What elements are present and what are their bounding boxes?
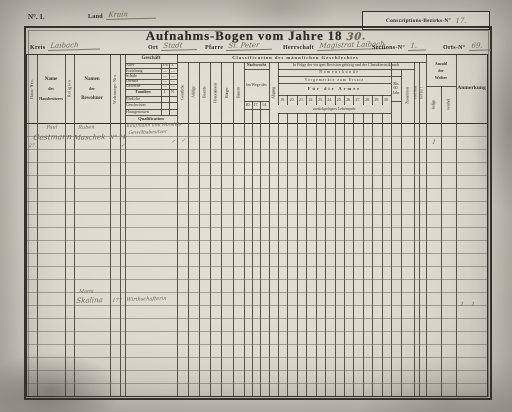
age-column-label: 26. [344, 95, 353, 105]
field-value: 69. [469, 41, 492, 51]
weiber-ledige-column: ledige [426, 86, 441, 123]
nachwuchs-age: 14. [260, 101, 269, 109]
field-herrschaft: Herrschaft Magistrat Laibach [283, 42, 386, 51]
field-kreis: Kreis Laibach [30, 42, 100, 51]
age-column-label: 21. [297, 95, 306, 105]
column-header-religion: Religion [65, 55, 74, 123]
field-value: St. Peter [226, 41, 273, 51]
grid-line [426, 123, 427, 396]
field-label: Herrschaft [283, 45, 314, 51]
grid-line [344, 123, 345, 396]
entry-occupation: Wirthschafterin [126, 295, 178, 306]
grid-line [382, 123, 383, 396]
nachwuchs-age: 17. [252, 101, 260, 109]
revision-line4: Für die Armee [278, 83, 391, 95]
field-section: Sections-N° 1. [372, 42, 426, 51]
category-column: Geistliche [177, 62, 188, 123]
grid-line [456, 123, 457, 396]
grid-line [27, 253, 487, 254]
nachwuchs-age: 20. [244, 101, 252, 109]
grid-line [316, 123, 317, 396]
bewohner-l2: der [89, 87, 95, 91]
age-column-label: 27. [353, 95, 362, 105]
column-header-house-number: Haus-Nro. [27, 55, 37, 123]
sheet-number: N°. 1. [28, 13, 45, 21]
familien-c1: J. [161, 89, 169, 96]
field-label: Sections-N° [372, 45, 405, 51]
column-header-inhabitants: Namen der Bewohner [74, 61, 110, 117]
field-pfarre: Pfarre St. Peter [205, 42, 272, 51]
bewohner-l1: Namen [84, 77, 99, 82]
category-column: Honoratioren [210, 62, 221, 123]
entry-count: 1 [426, 138, 442, 148]
field-ortsnr: Orts-N° 69. [443, 42, 491, 51]
grid-line [27, 149, 487, 150]
grid-line [199, 123, 200, 396]
familien-c2: N. [169, 89, 177, 96]
grid-line [125, 123, 126, 396]
field-value: Laibach [48, 41, 101, 51]
scanned-census-sheet: N°. 1. Land Krain Conscriptions-Bezirks-… [0, 0, 512, 412]
owner-l1: Name [45, 77, 58, 82]
grid-line [120, 123, 121, 396]
grid-line [27, 318, 487, 319]
grid-line [244, 123, 245, 396]
category-column: Bürger [221, 62, 233, 123]
bis60-column: Bis 60. Jahr [391, 76, 401, 101]
entry-category-tick: ✓ [178, 137, 189, 146]
grid-line [27, 279, 487, 280]
grid-line [221, 123, 222, 396]
field-value: 1. [408, 41, 427, 51]
category-column: Beamte [199, 62, 210, 123]
grid-line [27, 357, 487, 358]
grid-line [306, 123, 307, 396]
bewohner-l3: Bewohner [81, 96, 103, 101]
grid-line [252, 123, 253, 396]
grid-line [278, 113, 391, 114]
entry-tick: ✓ [169, 139, 178, 147]
grid-line [363, 123, 364, 396]
revision-line2: Namenskunde [278, 69, 401, 76]
field-label: Ort [148, 45, 158, 51]
weiber-l3: Weiber [435, 76, 447, 80]
grid-line [37, 123, 38, 396]
age-column-label: 30. [382, 95, 391, 105]
grid-line [401, 123, 402, 396]
nachwuchs-sub: Im Wege des [244, 69, 269, 101]
age-column-label: 23. [316, 95, 325, 105]
grid-line [297, 123, 298, 396]
weiber-l2: der [438, 69, 444, 73]
age-column-label: 19. [278, 95, 287, 105]
weiber-l1: Anzahl [435, 62, 447, 66]
entry-dwelling-number: 177 [110, 297, 124, 306]
category-column: Bauern [233, 62, 244, 123]
owner-l3: Hausbesitzers [39, 97, 63, 101]
census-table: Haus-Nro. Name des Hausbesitzers Religio… [26, 54, 488, 397]
entry-inhabitant-first: Ruben [75, 124, 98, 132]
age-span-label: zurückgelegtes Lebensjahr [278, 105, 391, 113]
grid-line [419, 123, 420, 396]
befreit-column: befreit [419, 62, 426, 123]
grid-line [269, 123, 270, 396]
field-ort: Ort Stadt [148, 42, 197, 51]
entry-count: 1 [457, 301, 467, 311]
entry-dwelling-number: N° 74 [108, 133, 127, 143]
grid-line [325, 123, 326, 396]
grid-line [27, 188, 487, 189]
age-column-label: 20. [287, 95, 296, 105]
grid-line [414, 123, 415, 396]
grid-line [177, 123, 178, 396]
category-column: Adelige [188, 62, 199, 123]
grid-line [110, 123, 111, 396]
field-label: Orts-N° [443, 45, 466, 51]
familien-row: Eheliche [125, 96, 161, 102]
grid-line [27, 266, 487, 267]
bezirk-label: Conscriptions-Bezirks-N° [386, 18, 451, 24]
grid-line [27, 240, 487, 241]
column-header-dwelling-number: Wohnungs-Nro. [110, 55, 120, 123]
land-label: Land [88, 14, 103, 20]
field-label: Pfarre [205, 45, 223, 51]
grid-line [74, 123, 75, 396]
weiber-header: Anzahl der Weiber [426, 57, 456, 85]
entry-count: 1 [468, 301, 478, 311]
grid-line [27, 331, 487, 332]
revision-line1: In Folge der vorigen Revision gehörig un… [278, 62, 414, 69]
grid-line [188, 123, 189, 396]
grid-line [27, 344, 487, 345]
grid-line [353, 123, 354, 396]
entry-inhabitant-surname: Maschek [73, 132, 106, 144]
grid-line [27, 201, 487, 202]
grid-line [260, 123, 261, 396]
owner-l2: des [48, 87, 54, 91]
grid-line [210, 123, 211, 396]
grid-line [391, 123, 392, 396]
grid-line [27, 370, 487, 371]
entry-inhabitant-surname: Skalina [73, 295, 106, 307]
field-label: Kreis [30, 45, 45, 51]
revision-line3: Vorgemerkte zum Ersatz [278, 76, 391, 83]
grid-line [27, 383, 487, 384]
grid-line [287, 123, 288, 396]
grid-line [391, 101, 401, 102]
grid-line [278, 123, 279, 396]
grid-line [65, 123, 66, 396]
age-column-label: 24. [325, 95, 334, 105]
grid-line [244, 109, 269, 110]
abgang-column: Abgang [269, 62, 278, 123]
entry-house-number: 27. [27, 143, 38, 152]
grid-line [27, 175, 487, 176]
entry-occupation-line2: Gewölbsbesitzer [128, 130, 178, 138]
grid-line [27, 214, 487, 215]
zusammen-column: Zusammen [401, 69, 414, 123]
age-column-label: 22. [306, 95, 315, 105]
grid-line [372, 123, 373, 396]
familien-header: Familien [125, 89, 161, 96]
weiber-verehel-column: verehel. [441, 86, 456, 123]
bezirk-value: 17. [455, 16, 467, 24]
land-value: Krain [106, 10, 157, 20]
grid-line [27, 162, 487, 163]
familien-row: Geschwister [125, 102, 161, 108]
grid-line [120, 55, 121, 123]
age-column-label: 25. [335, 95, 344, 105]
entry-owner-surname: Gestmann [34, 131, 71, 144]
field-value: Stadt [161, 41, 198, 51]
classification-header: Classification des männlichen Geschlecht… [177, 55, 414, 62]
grid-line [27, 227, 487, 228]
anmerkung-header: Anmerkung [456, 55, 487, 123]
grid-line [233, 123, 234, 396]
grid-line [335, 123, 336, 396]
age-column-label: 29. [372, 95, 381, 105]
age-column-label: 28. [363, 95, 372, 105]
column-header-owner: Name des Hausbesitzers [37, 61, 65, 117]
grid-line [441, 123, 442, 396]
entry-tick: ✓ [119, 143, 127, 150]
familien-row: Hausgenossen [125, 109, 161, 115]
nachwuchs-title: Nachwuchs [244, 62, 269, 69]
